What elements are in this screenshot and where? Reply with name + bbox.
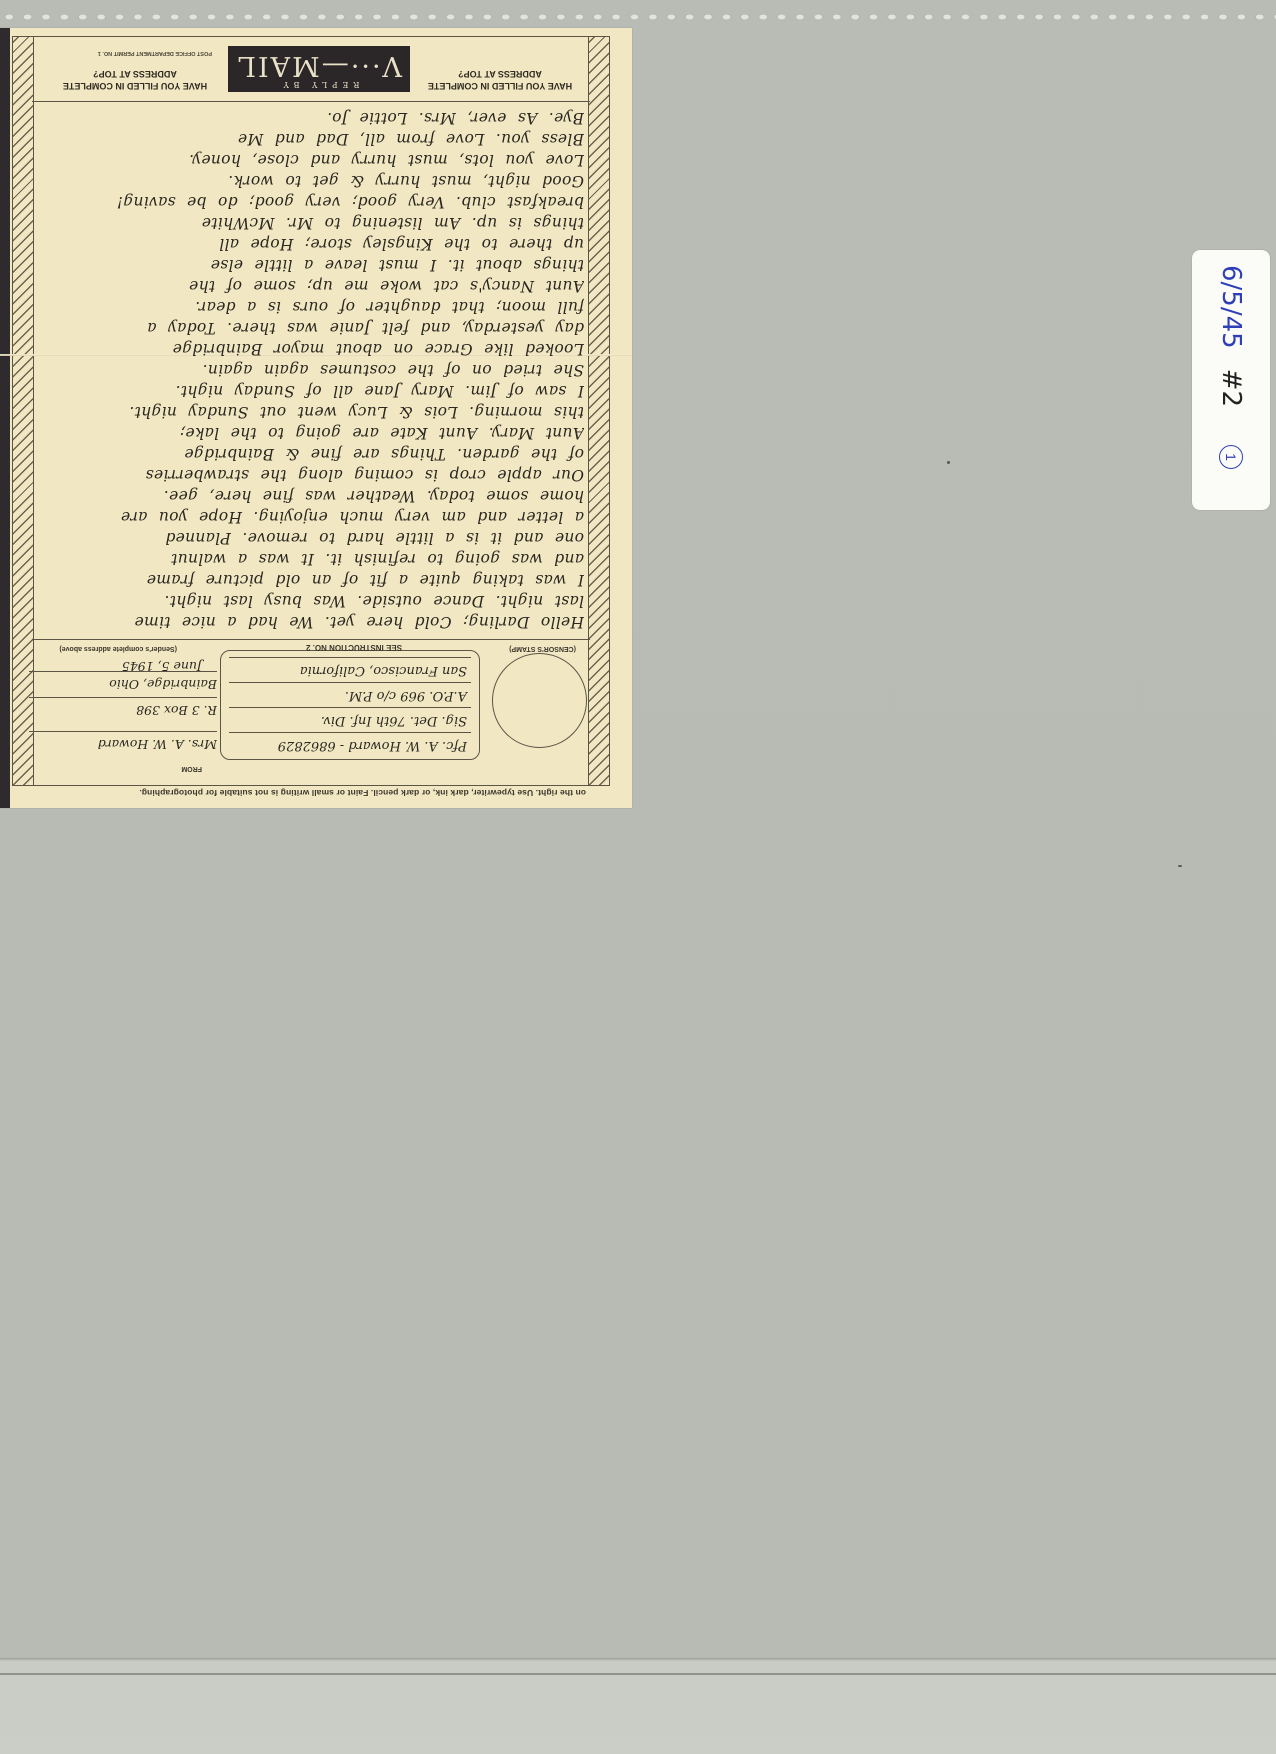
to-address-line: Pfc. A. W. Howard - 6862829	[229, 732, 471, 757]
handwritten-letter-body: Hello Darling; Cold here yet. We had a n…	[32, 102, 584, 632]
letter-line: things is up. Am listening to Mr. McWhit…	[32, 212, 584, 233]
letter-line: Bye. As ever, Mrs. Lottie Jo.	[32, 107, 584, 128]
dust-speck	[947, 461, 950, 464]
letter-line: home some today. Weather was fine here, …	[32, 485, 584, 506]
to-address-line: A.P.O. 969 c/o P.M.	[229, 682, 471, 707]
letter-date: June 5, 1945	[122, 659, 202, 674]
letter-line: Love you lots, must hurry and close, hon…	[32, 149, 584, 170]
see-instruction-label: SEE INSTRUCTION NO. 2	[306, 643, 402, 652]
permit-notice: POST OFFICE DEPARTMENT PERMIT NO. 1	[98, 50, 212, 56]
letter-line: one and it is a little hard to remove. P…	[32, 527, 584, 548]
letter-line: of the garden. Things are fine & Bainbri…	[32, 443, 584, 464]
vmail-logo: V···—MAIL	[228, 50, 410, 80]
letter-line: Aunt Mary. Aunt Kate are going to the la…	[32, 422, 584, 443]
dust-speck	[1178, 865, 1182, 867]
censor-stamp-label: (CENSOR'S STAMP)	[509, 645, 576, 652]
sender-address-line: Bainbridge, Ohio	[29, 671, 217, 696]
vmail-letter-sheet: on the right. Use typewriter, dark ink, …	[0, 28, 632, 808]
scanner-edge-line	[0, 1673, 1276, 1675]
vmail-banner: REPLY BY V···—MAIL	[228, 46, 410, 92]
catalog-label: 6/5/45 #2 1	[1192, 250, 1270, 510]
letter-line: things about it. I must leave a little e…	[32, 254, 584, 275]
letter-line: breakfast club. Very good; very good; do…	[32, 191, 584, 212]
address-reminder-left: HAVE YOU FILLED IN COMPLETE ADDRESS AT T…	[420, 68, 580, 92]
sender-address-line: Mrs. A. W. Howard	[29, 731, 217, 756]
letter-line: up there to the Kingsley store; Hope all	[32, 233, 584, 254]
catalog-number: #2	[1216, 369, 1246, 407]
to-address-box: Pfc. A. W. Howard - 6862829 Sig. Det. 76…	[220, 650, 480, 760]
letter-line: day yesterday, and felt Janie was there.…	[32, 317, 584, 338]
letter-line: I saw of Jim. Mary Jane all of Sunday ni…	[32, 380, 584, 401]
sheet-shadow-edge	[0, 28, 10, 808]
letter-line: Hello Darling; Cold here yet. We had a n…	[32, 611, 584, 632]
sender-address-line: R. 3 Box 398	[29, 697, 217, 722]
divider	[32, 785, 590, 786]
letter-line: She tried on of the costumes again again…	[32, 359, 584, 380]
letter-line: a letter and am very much enjoying. Hope…	[32, 506, 584, 527]
letter-line: Our apple crop is coming along the straw…	[32, 464, 584, 485]
letter-line: I was taking quite a fit of an old pictu…	[32, 569, 584, 590]
page-number-circle: 1	[1219, 445, 1243, 469]
address-reminder-right: HAVE YOU FILLED IN COMPLETE ADDRESS AT T…	[50, 68, 220, 92]
to-address-line: Sig. Det. 76th Inf. Div.	[229, 707, 471, 732]
letter-line: this morning. Lois & Lucy went out Sunda…	[32, 401, 584, 422]
letter-line: and was going to refinish it. It was a w…	[32, 548, 584, 569]
instruction-line: on the right. Use typewriter, dark ink, …	[46, 788, 586, 798]
letter-line: Bless you. Love from all, Dad and Me	[32, 128, 584, 149]
scanner-perforation-strip	[0, 12, 1276, 22]
letter-line: Good night, must hurry & get to work.	[32, 170, 584, 191]
hatched-border-left	[588, 36, 610, 786]
letter-line: full moon; that daughter of ours is a de…	[32, 296, 584, 317]
vmail-reply-by: REPLY BY	[228, 80, 410, 92]
from-label: FROM	[181, 765, 202, 772]
catalog-date: 6/5/45	[1216, 265, 1246, 349]
divider	[32, 639, 590, 640]
letter-line: last night. Dance outside. Was busy last…	[32, 590, 584, 611]
letter-line: Looked like Grace on about mayor Bainbri…	[32, 338, 584, 359]
censor-stamp-circle	[492, 653, 587, 748]
sender-address-hint: (Sender's complete address above)	[59, 645, 177, 652]
to-address-line: San Francisco, California	[229, 657, 471, 682]
letter-line: Aunt Nancy's cat woke me up; some of the	[32, 275, 584, 296]
